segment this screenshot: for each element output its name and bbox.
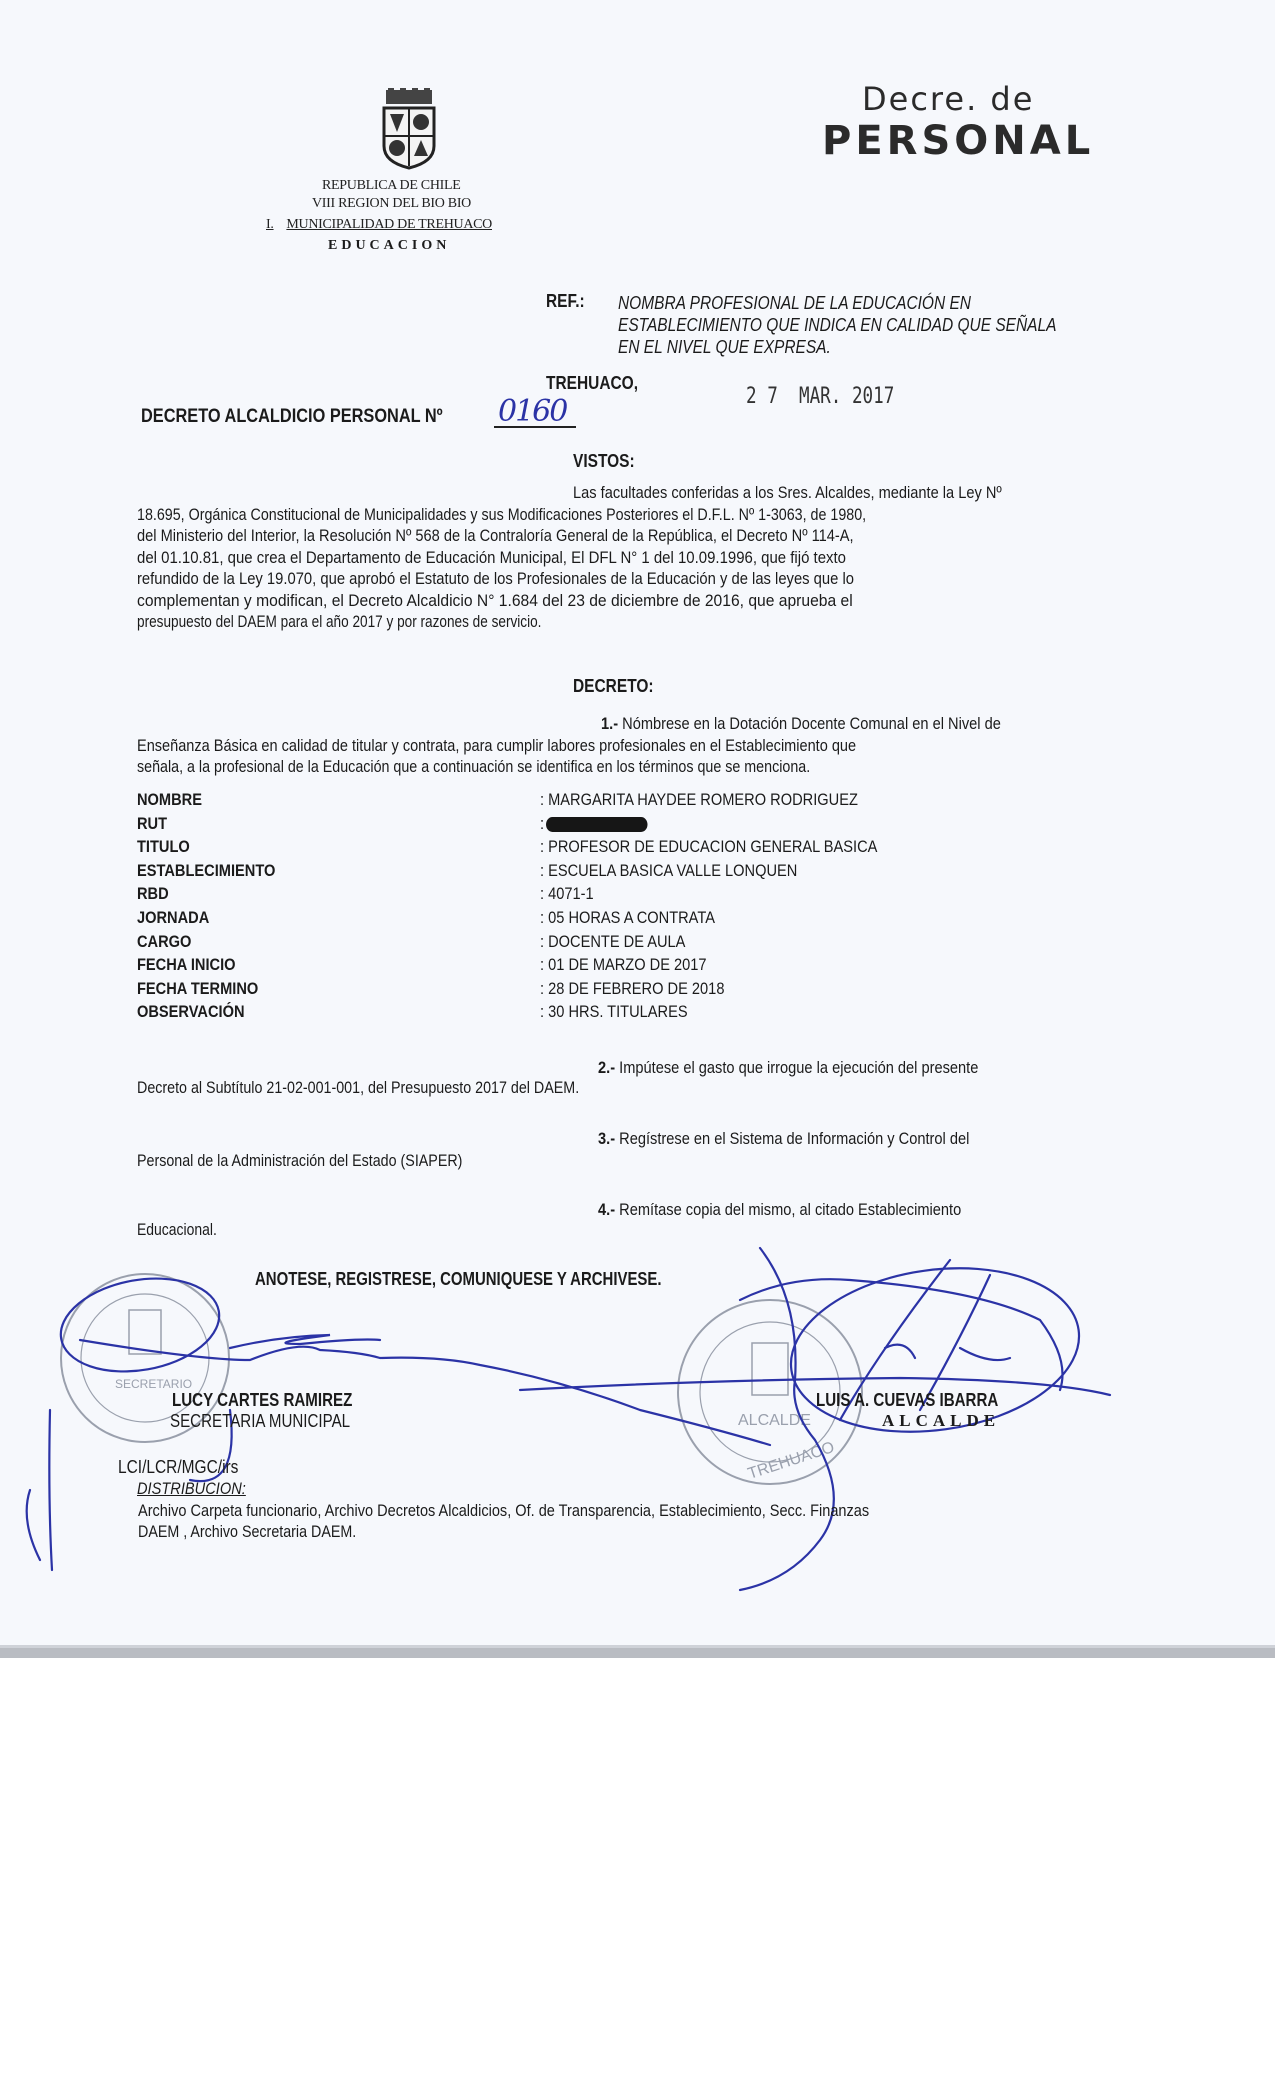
vistos-paragraph: Las facultades conferidas a los Sres. Al… xyxy=(137,482,1137,633)
item-3-text: Regístrese en el Sistema de Información … xyxy=(619,1129,969,1148)
field-label: CARGO xyxy=(137,932,191,952)
decreto-item-1: 1.- Nómbrese en la Dotación Docente Comu… xyxy=(137,713,1137,778)
handwritten-signatures xyxy=(0,1240,1275,1640)
mayor-title: ALCALDE xyxy=(882,1411,1000,1431)
decree-title: DECRETO ALCALDICIO PERSONAL Nº xyxy=(141,406,443,428)
decree-number-handwritten: 0160 xyxy=(498,394,566,429)
ref-line: ESTABLECIMIENTO QUE INDICA EN CALIDAD QU… xyxy=(618,314,1074,336)
item-1-first-line: 1.- Nómbrese en la Dotación Docente Comu… xyxy=(601,713,1062,735)
field-value: : MARGARITA HAYDEE ROMERO RODRIGUEZ xyxy=(540,790,858,810)
item-1-text: Nómbrese en la Dotación Docente Comunal … xyxy=(622,714,1001,733)
vistos-line: presupuesto del DAEM para el año 2017 y … xyxy=(137,611,937,633)
mayor-name: LUIS A. CUEVAS IBARRA xyxy=(816,1389,998,1411)
field-label: RBD xyxy=(137,884,169,904)
municipality-name: MUNICIPALIDAD DE TREHUACO xyxy=(286,217,492,232)
initials: LCI/LCR/MGC/irs xyxy=(118,1456,238,1478)
item-1-line: señala, a la profesional de la Educación… xyxy=(137,756,977,778)
field-label: FECHA INICIO xyxy=(137,955,236,975)
redacted-rut xyxy=(546,817,647,832)
stamp-decree-type-line2: PERSONAL xyxy=(822,118,1094,164)
distribution-line: DAEM , Archivo Secretaria DAEM. xyxy=(138,1521,356,1543)
field-value-text: : 05 HORAS A CONTRATA xyxy=(540,908,715,927)
ref-subject: NOMBRA PROFESIONAL DE LA EDUCACIÓN EN ES… xyxy=(618,292,1148,358)
vistos-line: del Ministerio del Interior, la Resoluci… xyxy=(137,525,997,547)
field-value-text: : MARGARITA HAYDEE ROMERO RODRIGUEZ xyxy=(540,790,858,809)
ref-line: EN EL NIVEL QUE EXPRESA. xyxy=(618,336,1074,358)
stamp-decree-type-line1: Decre. de xyxy=(862,80,1034,118)
secretary-name: LUCY CARTES RAMIREZ xyxy=(172,1389,352,1411)
field-value-text: : 4071-1 xyxy=(540,884,594,903)
date-stamp: 2 7 MAR. 2017 xyxy=(746,384,894,409)
item-4-text: Remítase copia del mismo, al citado Esta… xyxy=(619,1200,961,1219)
field-label: NOMBRE xyxy=(137,790,202,810)
field-value: : DOCENTE DE AULA xyxy=(540,932,685,952)
item-1-number: 1.- xyxy=(601,714,618,733)
field-label: FECHA TERMINO xyxy=(137,979,258,999)
ref-label: REF.: xyxy=(546,290,585,312)
decreto-heading: DECRETO: xyxy=(573,675,654,697)
field-value: : PROFESOR DE EDUCACION GENERAL BASICA xyxy=(540,837,877,857)
header-line-region: VIII REGION DEL BIO BIO xyxy=(312,196,471,212)
field-label: ESTABLECIMIENTO xyxy=(137,861,275,881)
scanned-document-page: REPUBLICA DE CHILE VIII REGION DEL BIO B… xyxy=(0,0,1275,1648)
distribution-heading: DISTRIBUCION: xyxy=(137,1478,246,1500)
field-label: RUT xyxy=(137,814,167,834)
distribution-line: Archivo Carpeta funcionario, Archivo Dec… xyxy=(138,1500,869,1522)
field-value: : 05 HORAS A CONTRATA xyxy=(540,908,715,928)
item-2-line: Decreto al Subtítulo 21-02-001-001, del … xyxy=(137,1077,579,1099)
header-line-republic: REPUBLICA DE CHILE xyxy=(322,178,461,194)
item-1-line: Enseñanza Básica en calidad de titular y… xyxy=(137,735,992,757)
field-value-text: : ESCUELA BASICA VALLE LONQUEN xyxy=(540,861,797,880)
item-4-line: Educacional. xyxy=(137,1219,217,1241)
vistos-line: 18.695, Orgánica Constitucional de Munic… xyxy=(137,504,977,526)
vistos-line: complementan y modifican, el Decreto Alc… xyxy=(137,590,1057,612)
field-value-text: : 28 DE FEBRERO DE 2018 xyxy=(540,979,724,998)
field-value: : xyxy=(540,814,647,834)
field-value: : 4071-1 xyxy=(540,884,594,904)
vistos-line: del 01.10.81, que crea el Departamento d… xyxy=(137,547,1017,569)
field-value-text: : DOCENTE DE AULA xyxy=(540,932,685,951)
place-label: TREHUACO, xyxy=(546,372,638,394)
field-value: : 28 DE FEBRERO DE 2018 xyxy=(540,979,724,999)
field-value: : 30 HRS. TITULARES xyxy=(540,1002,688,1022)
field-value-text: : 30 HRS. TITULARES xyxy=(540,1002,688,1021)
secretary-title: SECRETARIA MUNICIPAL xyxy=(170,1410,350,1432)
field-label: JORNADA xyxy=(137,908,209,928)
header-department: EDUCACION xyxy=(328,238,450,254)
header-municipality: I. MUNICIPALIDAD DE TREHUACO xyxy=(266,217,492,233)
item-3-number: 3.- xyxy=(598,1129,615,1148)
item-3-line: Personal de la Administración del Estado… xyxy=(137,1150,462,1172)
vistos-line: Las facultades conferidas a los Sres. Al… xyxy=(573,482,1058,504)
item-2-text: Impútese el gasto que irrogue la ejecuci… xyxy=(619,1058,978,1077)
item-4-first-line: 4.- Remítase copia del mismo, al citado … xyxy=(598,1199,961,1221)
field-label: OBSERVACIÓN xyxy=(137,1002,245,1022)
item-2-first-line: 2.- Impútese el gasto que irrogue la eje… xyxy=(598,1057,978,1079)
field-value-text: : xyxy=(540,814,544,833)
item-4-number: 4.- xyxy=(598,1200,615,1219)
ref-line: NOMBRA PROFESIONAL DE LA EDUCACIÓN EN xyxy=(618,292,1074,314)
vistos-heading: VISTOS: xyxy=(573,450,635,472)
field-value: : 01 DE MARZO DE 2017 xyxy=(540,955,707,975)
item-2-number: 2.- xyxy=(598,1058,615,1077)
vistos-line: refundido de la Ley 19.070, que aprobó e… xyxy=(137,568,1007,590)
item-3-first-line: 3.- Regístrese en el Sistema de Informac… xyxy=(598,1128,969,1150)
field-value-text: : 01 DE MARZO DE 2017 xyxy=(540,955,707,974)
municipality-prefix: I. xyxy=(266,217,274,232)
field-value: : ESCUELA BASICA VALLE LONQUEN xyxy=(540,861,797,881)
field-label: TITULO xyxy=(137,837,190,857)
field-value-text: : PROFESOR DE EDUCACION GENERAL BASICA xyxy=(540,837,877,856)
coat-of-arms-icon xyxy=(376,88,442,170)
